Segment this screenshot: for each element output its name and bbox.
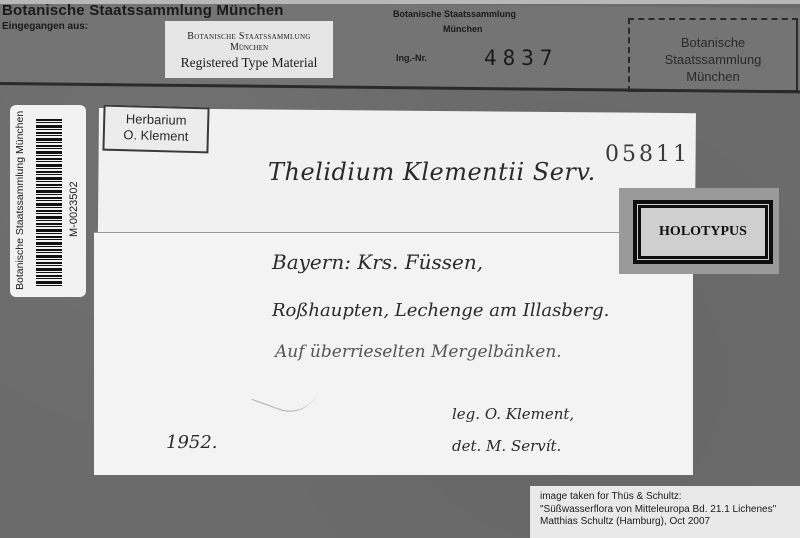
herbarium-sheet: Botanische Staatssammlung München Eingeg… (0, 0, 800, 538)
reg-label-institution: Botanische Staatssammlung (165, 31, 333, 42)
credit-line-2: "Süßwasserflora von Mitteleuropa Bd. 21.… (540, 504, 800, 517)
holotype-label: HOLOTYPUS (640, 207, 766, 257)
reg-label-title: Registered Type Material (165, 55, 333, 71)
registered-type-material-label: Botanische Staatssammlung München Regist… (165, 21, 333, 78)
species-name: Thelidium Klementii Serv. (268, 158, 596, 186)
collector: leg. O. Klement, (452, 405, 574, 423)
box-stamp-line2: Staatssammlung (630, 51, 796, 68)
herbarium-stamp: Herbarium O. Klement (102, 105, 209, 154)
barcode-specimen-id: M-0023502 (68, 181, 80, 237)
received-from-stamp: Eingegangen aus: (2, 21, 88, 32)
accession-number: 4837 (484, 46, 559, 70)
determiner: det. M. Servít. (452, 437, 561, 455)
locality-line-1: Bayern: Krs. Füssen, (272, 250, 483, 274)
accession-stamp-city: München (443, 24, 483, 34)
institution-box-stamp: Botanische Staatssammlung München (628, 18, 798, 92)
accession-stamp-title: Botanische Staatssammlung (393, 9, 516, 19)
box-stamp-line3: München (630, 68, 796, 85)
catalog-number: 05811 (605, 142, 690, 167)
barcode-institution: Botanische Staatssammlung München (14, 111, 26, 290)
credit-line-1: image taken for Thüs & Schultz: (540, 491, 800, 504)
herbarium-stamp-line2: O. Klement (105, 127, 207, 146)
locality-line-2: Roßhaupten, Lechenge am Illasberg. (272, 300, 609, 321)
institution-stamp-title: Botanische Staatssammlung München (2, 2, 284, 19)
reg-label-city: München (165, 42, 333, 53)
barcode-icon (36, 119, 62, 287)
box-stamp-line1: Botanische (630, 34, 796, 51)
credit-line-3: Matthias Schultz (Hamburg), Oct 2007 (540, 516, 800, 529)
image-credit: image taken for Thüs & Schultz: "Süßwass… (530, 486, 800, 538)
collection-year: 1952. (166, 432, 218, 453)
accession-number-label: Ing.-Nr. (396, 53, 427, 63)
locality-line-3: Auf überrieselten Mergelbänken. (275, 342, 562, 362)
